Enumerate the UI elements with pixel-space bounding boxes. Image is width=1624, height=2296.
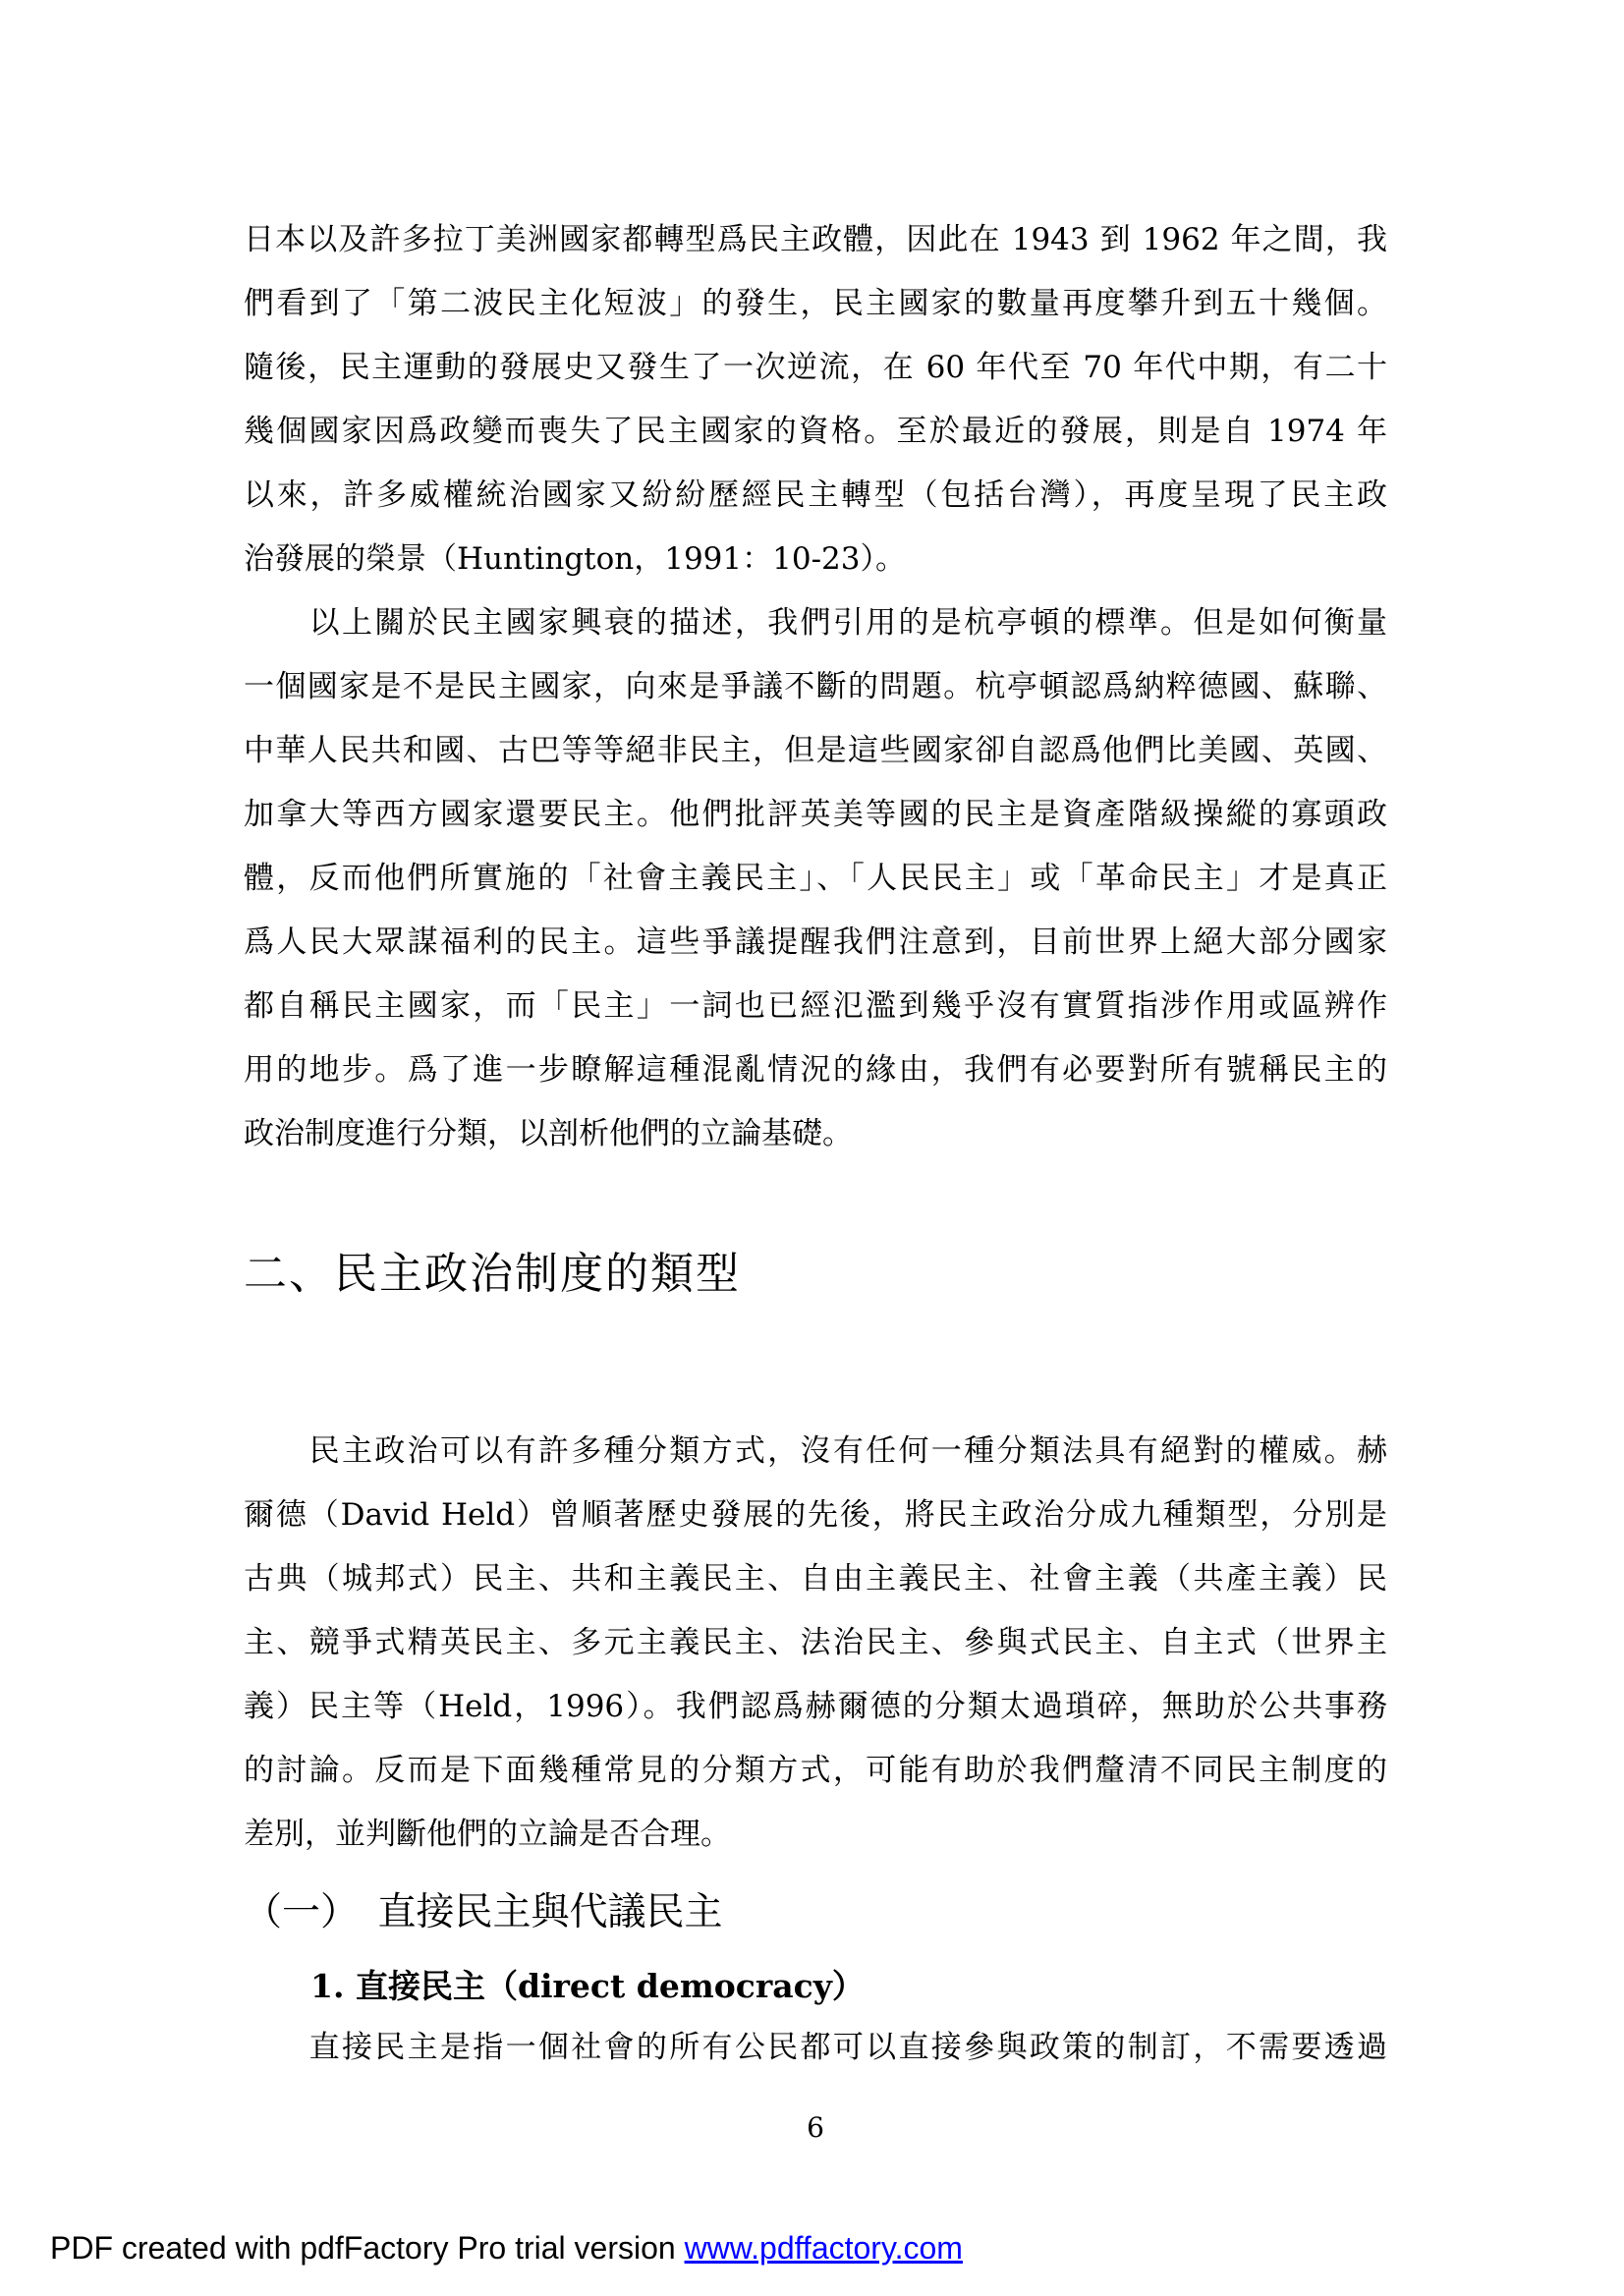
pdffactory-link[interactable]: www.pdffactory.com <box>685 2230 963 2266</box>
text-line: 幾個國家因爲政變而喪失了民主國家的資格。至於最近的發展，則是自 1974 年 <box>244 400 1387 464</box>
footer: PDF created with pdfFactory Pro trial ve… <box>50 2228 963 2268</box>
text-line: 都自稱民主國家，而「民主」一詞也已經氾濫到幾乎沒有實質指涉作用或區辨作 <box>244 975 1387 1038</box>
text-line: 爾德（David Held）曾順著歷史發展的先後，將民主政治分成九種類型，分別是 <box>244 1484 1387 1547</box>
text-line: 加拿大等西方國家還要民主。他們批評英美等國的民主是資產階級操縱的寡頭政 <box>244 783 1387 847</box>
text-line: 差別，並判斷他們的立論是否合理。 <box>244 1803 1387 1867</box>
document-page: 日本以及許多拉丁美洲國家都轉型爲民主政體，因此在 1943 到 1962 年之間… <box>0 0 1624 2296</box>
text-line: 民主政治可以有許多種分類方式，沒有任何一種分類法具有絕對的權威。赫 <box>244 1420 1387 1484</box>
text-line: 用的地步。爲了進一步瞭解這種混亂情況的緣由，我們有必要對所有號稱民主的 <box>244 1038 1387 1102</box>
paragraph-democratic-waves: 日本以及許多拉丁美洲國家都轉型爲民主政體，因此在 1943 到 1962 年之間… <box>244 208 1387 591</box>
text-line: 體，反而他們所實施的「社會主義民主」、「人民民主」或「革命民主」才是真正 <box>244 847 1387 911</box>
text-line: 治發展的榮景（Huntington，1991：10-23）。 <box>244 528 1387 591</box>
text-line: 的討論。反而是下面幾種常見的分類方式，可能有助於我們釐清不同民主制度的 <box>244 1739 1387 1803</box>
text-line: 中華人民共和國、古巴等等絕非民主，但是這些國家卻自認爲他們比美國、英國、 <box>244 719 1387 783</box>
paragraph-direct-democracy: 直接民主是指一個社會的所有公民都可以直接參與政策的制訂，不需要透過 <box>244 2016 1387 2080</box>
text-line: 爲人民大眾謀福利的民主。這些爭議提醒我們注意到，目前世界上絕大部分國家 <box>244 911 1387 975</box>
text-line: 以來，許多威權統治國家又紛紛歷經民主轉型（包括台灣），再度呈現了民主政 <box>244 464 1387 528</box>
page-number: 6 <box>244 2108 1387 2148</box>
text-line: 一個國家是不是民主國家，向來是爭議不斷的問題。杭亭頓認爲納粹德國、蘇聯、 <box>244 655 1387 719</box>
text-line: 隨後，民主運動的發展史又發生了一次逆流，在 60 年代至 70 年代中期，有二十 <box>244 336 1387 400</box>
paragraph-measuring-democracy: 以上關於民主國家興衰的描述，我們引用的是杭亭頓的標準。但是如何衡量一個國家是不是… <box>244 591 1387 1166</box>
subsection-heading: （一） 直接民主與代議民主 <box>244 1882 1387 1943</box>
page-content: 日本以及許多拉丁美洲國家都轉型爲民主政體，因此在 1943 到 1962 年之間… <box>244 208 1387 2080</box>
text-line: 主、競爭式精英民主、多元主義民主、法治民主、參與式民主、自主式（世界主 <box>244 1611 1387 1675</box>
paragraph-held-typology: 民主政治可以有許多種分類方式，沒有任何一種分類法具有絕對的權威。赫爾德（Davi… <box>244 1420 1387 1867</box>
text-line: 義）民主等（Held，1996）。我們認爲赫爾德的分類太過瑣碎，無助於公共事務 <box>244 1675 1387 1739</box>
footer-watermark-text: PDF created with pdfFactory Pro trial ve… <box>50 2230 685 2266</box>
text-line: 政治制度進行分類，以剖析他們的立論基礎。 <box>244 1102 1387 1166</box>
text-line: 們看到了「第二波民主化短波」的發生，民主國家的數量再度攀升到五十幾個。 <box>244 272 1387 336</box>
text-line: 古典（城邦式）民主、共和主義民主、自由主義民主、社會主義（共產主義）民 <box>244 1547 1387 1611</box>
text-line: 日本以及許多拉丁美洲國家都轉型爲民主政體，因此在 1943 到 1962 年之間… <box>244 208 1387 272</box>
text-line: 直接民主是指一個社會的所有公民都可以直接參與政策的制訂，不需要透過 <box>244 2016 1387 2080</box>
text-line: 以上關於民主國家興衰的描述，我們引用的是杭亭頓的標準。但是如何衡量 <box>244 591 1387 655</box>
section-heading: 二、民主政治制度的類型 <box>244 1235 1387 1314</box>
item-heading-direct-democracy: 1. 直接民主（direct democracy） <box>310 1959 1387 2014</box>
